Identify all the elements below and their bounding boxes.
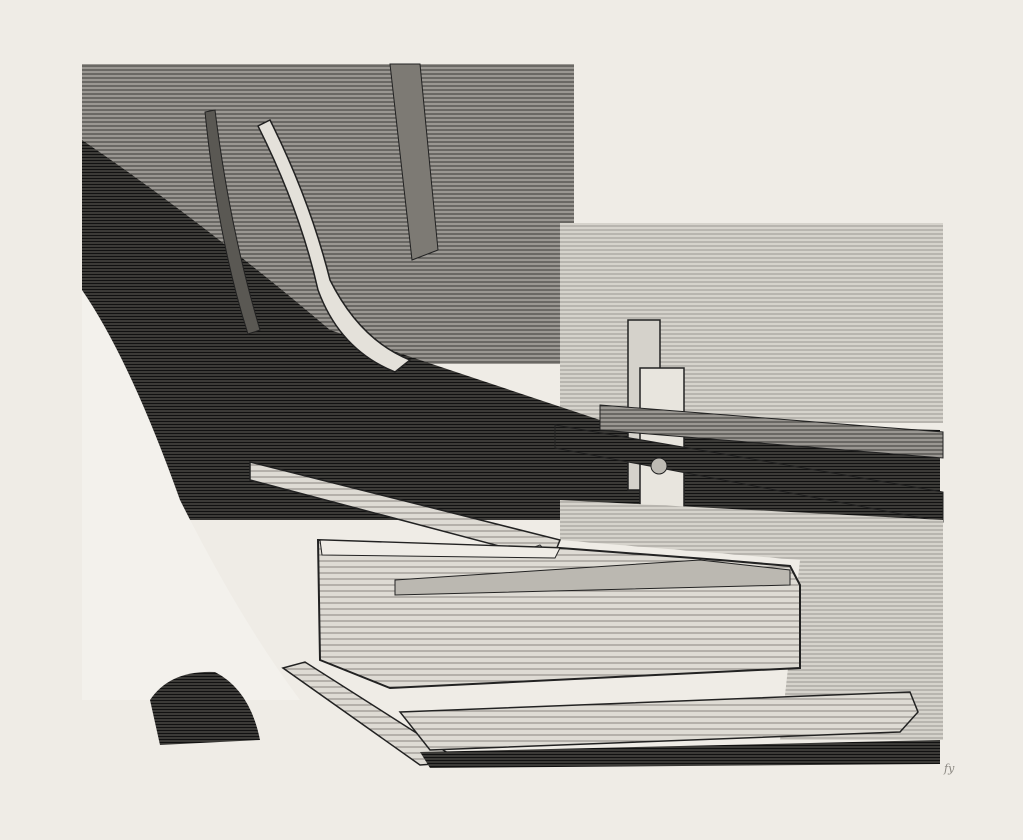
water-trough xyxy=(318,540,800,688)
artist-signature: fy xyxy=(944,762,954,775)
engraving-illustration xyxy=(0,0,1023,840)
